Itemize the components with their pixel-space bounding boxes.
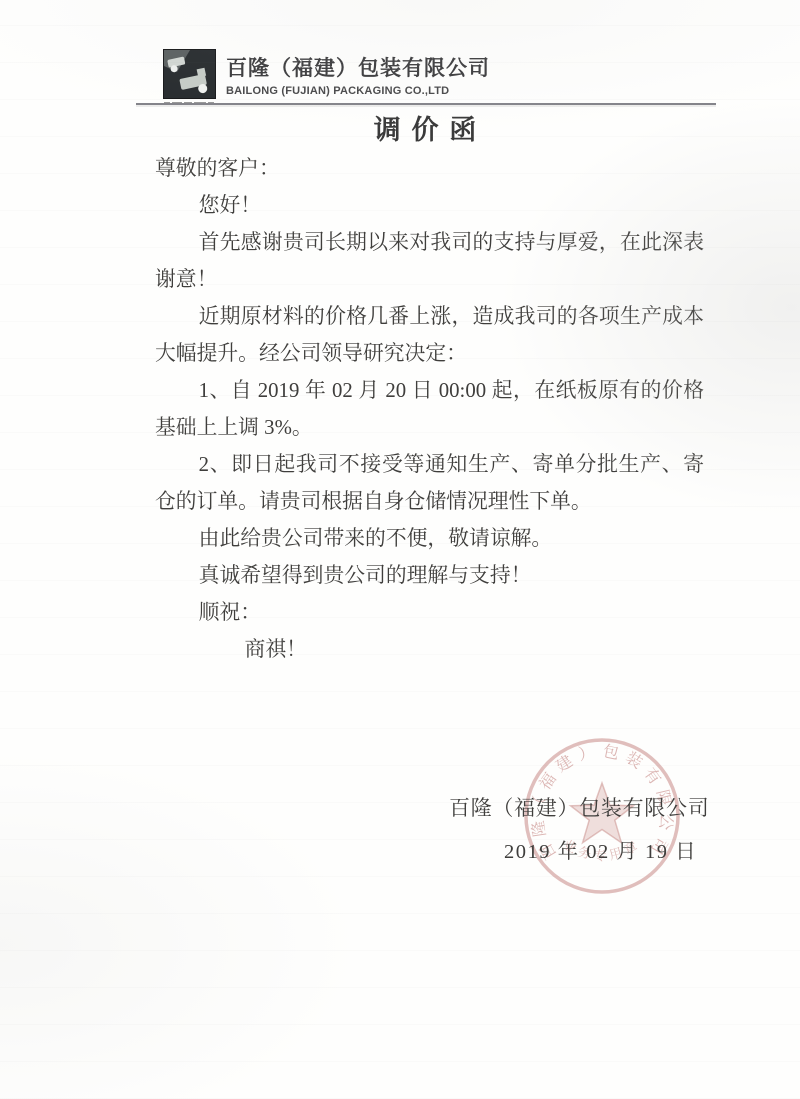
salutation: 尊敬的客户： xyxy=(155,150,704,187)
letter-body: 尊敬的客户： 您好！ 首先感谢贵司长期以来对我司的支持与厚爱，在此深表谢意！ 近… xyxy=(155,150,704,668)
letterhead-divider xyxy=(136,103,716,105)
signature-company-name: 百隆（福建）包装有限公司 xyxy=(449,792,709,822)
bailong-packaging-logo xyxy=(163,49,216,107)
page-title: 调 价 函 xyxy=(136,108,716,147)
body-paragraph-shangqi: 商祺！ xyxy=(155,631,704,668)
body-paragraph: 真诚希望得到贵公司的理解与支持！ xyxy=(155,557,704,594)
letterhead-company-block: 百隆（福建）包装有限公司 BAILONG (FUJIAN) PACKAGING … xyxy=(226,52,490,97)
letterhead-company-name-en: BAILONG (FUJIAN) PACKAGING CO.,LTD xyxy=(226,85,490,97)
body-paragraph-shunzhu: 顺祝： xyxy=(155,594,704,631)
body-paragraph: 近期原材料的价格几番上涨，造成我司的各项生产成本大幅提升。经公司领导研究决定： xyxy=(155,298,704,372)
body-paragraph: 1、自 2019 年 02 月 20 日 00:00 起，在纸板原有的价格基础上… xyxy=(155,372,704,446)
scanned-letter-page: 百隆（福建）包装有限公司 BAILONG (FUJIAN) PACKAGING … xyxy=(0,0,800,1099)
body-paragraph: 2、即日起我司不接受等通知生产、寄单分批生产、寄仓的订单。请贵司根据自身仓储情况… xyxy=(155,446,704,520)
signature-date: 2019 年 02 月 19 日 xyxy=(504,834,697,864)
body-paragraph: 由此给贵公司带来的不便，敬请谅解。 xyxy=(155,520,704,557)
logo-icon xyxy=(163,49,216,107)
letterhead-company-name-cn: 百隆（福建）包装有限公司 xyxy=(226,52,490,82)
body-paragraph: 您好！ xyxy=(155,187,704,224)
body-paragraph: 首先感谢贵司长期以来对我司的支持与厚爱，在此深表谢意！ xyxy=(155,224,704,298)
